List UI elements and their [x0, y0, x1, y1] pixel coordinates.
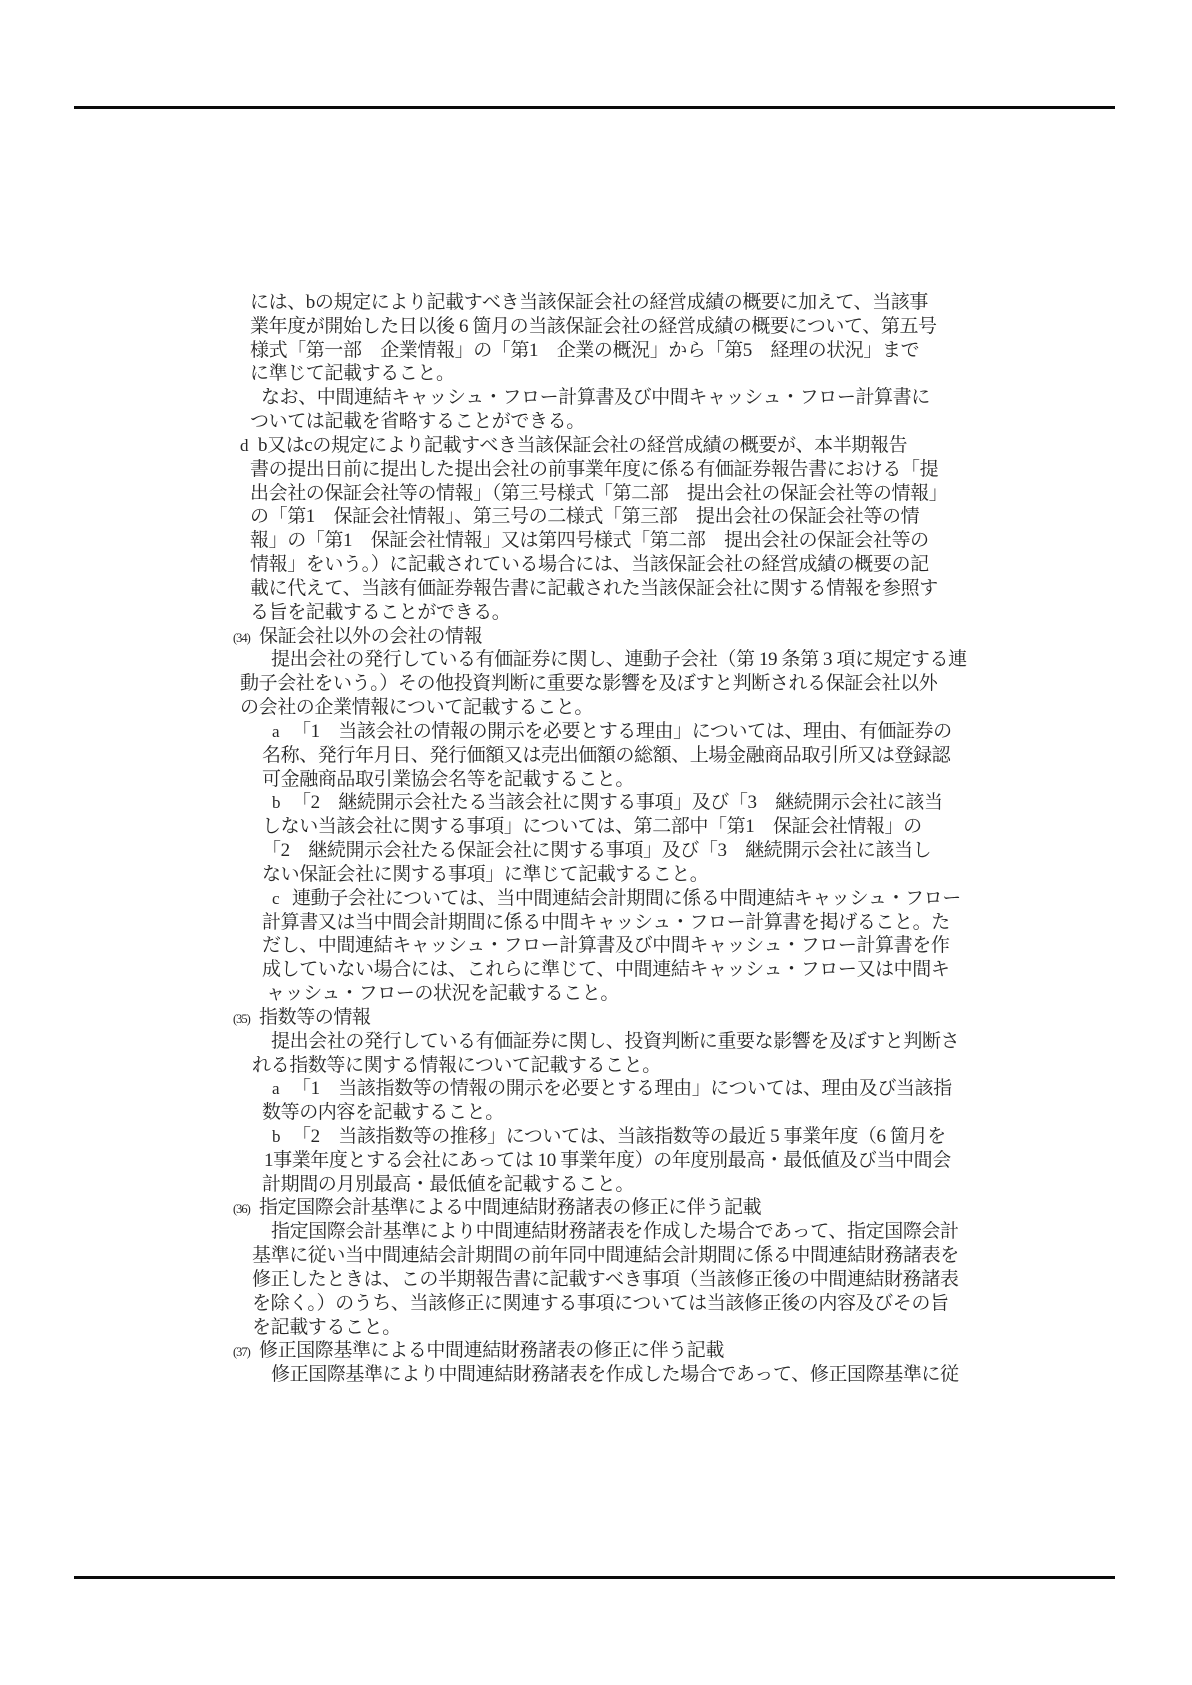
line-text: 「1 当該会社の情報の開示を必要とする理由」については、理由、有価証券の — [292, 721, 952, 742]
line-text: には、bの規定により記載すべき当該保証会社の経営成績の概要に加えて、当該事 — [250, 292, 928, 313]
line-text: 計期間の月別最高・最低値を記載すること。 — [262, 1174, 634, 1195]
line-text: 業年度が開始した日以後 6 箇月の当該保証会社の経営成績の概要について、第五号 — [250, 316, 937, 337]
text-line: 名称、発行年月日、発行価額又は売出価額の総額、上場金融商品取引所又は登録認 — [0, 744, 1192, 768]
text-line: ない保証会社に関する事項」に準じて記載すること。 — [0, 863, 1192, 887]
text-line: 指定国際会計基準により中間連結財務諸表を作成した場合であって、指定国際会計 — [0, 1220, 1192, 1244]
text-line: (36)指定国際会計基準による中間連結財務諸表の修正に伴う記載 — [0, 1196, 1192, 1220]
line-text: 「2 継続開示会社たる保証会社に関する事項」及び「3 継続開示会社に該当し — [262, 840, 931, 861]
text-line: れる指数等に関する情報について記載すること。 — [0, 1054, 1192, 1078]
text-line: には、bの規定により記載すべき当該保証会社の経営成績の概要に加えて、当該事 — [0, 291, 1192, 315]
line-text: 修正したときは、この半期報告書に記載すべき事項（当該修正後の中間連結財務諸表 — [252, 1269, 958, 1290]
text-line: 計期間の月別最高・最低値を記載すること。 — [0, 1173, 1192, 1197]
line-text: 修正国際基準による中間連結財務諸表の修正に伴う記載 — [259, 1340, 724, 1361]
line-text: 情報」をいう。）に記載されている場合には、当該保証会社の経営成績の概要の記 — [250, 554, 929, 575]
text-line: b「2 継続開示会社たる当該会社に関する事項」及び「3 継続開示会社に該当 — [0, 791, 1192, 815]
line-text: れる指数等に関する情報について記載すること。 — [252, 1055, 661, 1076]
item-letter-marker: a — [272, 720, 292, 744]
line-text: の「第1 保証会社情報」、第三号の二様式「第三部 提出会社の保証会社等の情 — [250, 506, 919, 527]
bottom-rule — [74, 1576, 1115, 1579]
line-text: b又はcの規定により記載すべき当該保証会社の経営成績の概要が、本半期報告 — [258, 435, 907, 456]
text-line: 修正国際基準により中間連結財務諸表を作成した場合であって、修正国際基準に従 — [0, 1363, 1192, 1387]
line-text: 1事業年度とする会社にあっては 10 事業年度）の年度別最高・最低値及び当中間会 — [264, 1150, 951, 1171]
line-text: 計算書又は当中間会計期間に係る中間キャッシュ・フロー計算書を掲げること。た — [262, 912, 950, 933]
line-text: 動子会社をいう。）その他投資判断に重要な影響を及ぼすと判断される保証会社以外 — [240, 673, 937, 694]
text-line: 成していない場合には、これらに準じて、中間連結キャッシュ・フロー又は中間キ — [0, 958, 1192, 982]
line-text: る旨を記載することができる。 — [250, 602, 510, 623]
text-line: ャッシュ・フローの状況を記載すること。 — [0, 982, 1192, 1006]
line-text: 基準に従い当中間連結会計期間の前年同中間連結会計期間に係る中間連結財務諸表を — [252, 1245, 959, 1266]
text-line: を除く。）のうち、当該修正に関連する事項については当該修正後の内容及びその旨 — [0, 1292, 1192, 1316]
line-text: 指定国際会計基準による中間連結財務諸表の修正に伴う記載 — [259, 1197, 761, 1218]
text-line: 出会社の保証会社等の情報」（第三号様式「第二部 提出会社の保証会社等の情報」 — [0, 482, 1192, 506]
top-rule — [74, 106, 1115, 109]
line-text: 書の提出日前に提出した提出会社の前事業年度に係る有価証券報告書における「提 — [250, 459, 938, 480]
line-text: 数等の内容を記載すること。 — [262, 1102, 504, 1123]
text-line: db又はcの規定により記載すべき当該保証会社の経営成績の概要が、本半期報告 — [0, 434, 1192, 458]
text-line: 可金融商品取引業協会名等を記載すること。 — [0, 768, 1192, 792]
line-text: 提出会社の発行している有価証券に関し、投資判断に重要な影響を及ぼすと判断さ — [271, 1031, 959, 1052]
line-text: を記載すること。 — [252, 1317, 401, 1338]
document-page: には、bの規定により記載すべき当該保証会社の経営成績の概要に加えて、当該事業年度… — [0, 0, 1192, 1685]
text-line: 修正したときは、この半期報告書に記載すべき事項（当該修正後の中間連結財務諸表 — [0, 1268, 1192, 1292]
text-line: c連動子会社については、当中間連結会計期間に係る中間連結キャッシュ・フロー — [0, 887, 1192, 911]
line-text: 出会社の保証会社等の情報」（第三号様式「第二部 提出会社の保証会社等の情報」 — [250, 483, 947, 504]
text-line: ついては記載を省略することができる。 — [0, 410, 1192, 434]
text-line: 報」の「第1 保証会社情報」又は第四号様式「第二部 提出会社の保証会社等の — [0, 529, 1192, 553]
text-line: 提出会社の発行している有価証券に関し、投資判断に重要な影響を及ぼすと判断さ — [0, 1030, 1192, 1054]
text-line: 「2 継続開示会社たる保証会社に関する事項」及び「3 継続開示会社に該当し — [0, 839, 1192, 863]
item-number-marker: (35) — [233, 1008, 259, 1032]
item-letter-marker: d — [240, 434, 258, 458]
line-text: 様式「第一部 企業情報」の「第1 企業の概況」から「第5 経理の状況」まで — [250, 340, 919, 361]
text-line: に準じて記載すること。 — [0, 362, 1192, 386]
text-line: の会社の企業情報について記載すること。 — [0, 696, 1192, 720]
line-text: 可金融商品取引業協会名等を記載すること。 — [262, 769, 634, 790]
line-text: しない当該会社に関する事項」については、第二部中「第1 保証会社情報」の — [262, 816, 922, 837]
line-text: 提出会社の発行している有価証券に関し、連動子会社（第 19 条第 3 項に規定す… — [271, 649, 967, 670]
line-text: 報」の「第1 保証会社情報」又は第四号様式「第二部 提出会社の保証会社等の — [250, 530, 929, 551]
text-line: 提出会社の発行している有価証券に関し、連動子会社（第 19 条第 3 項に規定す… — [0, 648, 1192, 672]
text-line: 1事業年度とする会社にあっては 10 事業年度）の年度別最高・最低値及び当中間会 — [0, 1149, 1192, 1173]
text-line: 計算書又は当中間会計期間に係る中間キャッシュ・フロー計算書を掲げること。た — [0, 911, 1192, 935]
text-line: 業年度が開始した日以後 6 箇月の当該保証会社の経営成績の概要について、第五号 — [0, 315, 1192, 339]
line-text: 成していない場合には、これらに準じて、中間連結キャッシュ・フロー又は中間キ — [262, 959, 949, 980]
text-line: の「第1 保証会社情報」、第三号の二様式「第三部 提出会社の保証会社等の情 — [0, 505, 1192, 529]
text-line: 動子会社をいう。）その他投資判断に重要な影響を及ぼすと判断される保証会社以外 — [0, 672, 1192, 696]
text-line: a「1 当該会社の情報の開示を必要とする理由」については、理由、有価証券の — [0, 720, 1192, 744]
line-text: 保証会社以外の会社の情報 — [259, 626, 482, 647]
line-text: 「1 当該指数等の情報の開示を必要とする理由」については、理由及び当該指 — [292, 1078, 952, 1099]
line-text: 載に代えて、当該有価証券報告書に記載された当該保証会社に関する情報を参照す — [250, 578, 938, 599]
line-text: に準じて記載すること。 — [250, 363, 455, 384]
line-text: 「2 継続開示会社たる当該会社に関する事項」及び「3 継続開示会社に該当 — [292, 792, 943, 813]
text-line: 基準に従い当中間連結会計期間の前年同中間連結会計期間に係る中間連結財務諸表を — [0, 1244, 1192, 1268]
line-text: だし、中間連結キャッシュ・フロー計算書及び中間キャッシュ・フロー計算書を作 — [262, 935, 949, 956]
line-text: 名称、発行年月日、発行価額又は売出価額の総額、上場金融商品取引所又は登録認 — [262, 745, 950, 766]
item-number-marker: (34) — [233, 627, 259, 651]
item-letter-marker: b — [272, 1125, 292, 1149]
text-line: 載に代えて、当該有価証券報告書に記載された当該保証会社に関する情報を参照す — [0, 577, 1192, 601]
line-text: 指定国際会計基準により中間連結財務諸表を作成した場合であって、指定国際会計 — [271, 1221, 959, 1242]
text-line: 数等の内容を記載すること。 — [0, 1101, 1192, 1125]
text-line: (35)指数等の情報 — [0, 1006, 1192, 1030]
text-line: なお、中間連結キャッシュ・フロー計算書及び中間キャッシュ・フロー計算書に — [0, 386, 1192, 410]
text-line: 書の提出日前に提出した提出会社の前事業年度に係る有価証券報告書における「提 — [0, 458, 1192, 482]
line-text: 「2 当該指数等の推移」については、当該指数等の最近 5 事業年度（6 箇月を — [292, 1126, 946, 1147]
line-text: 修正国際基準により中間連結財務諸表を作成した場合であって、修正国際基準に従 — [271, 1364, 959, 1385]
text-line: しない当該会社に関する事項」については、第二部中「第1 保証会社情報」の — [0, 815, 1192, 839]
line-text: を除く。）のうち、当該修正に関連する事項については当該修正後の内容及びその旨 — [252, 1293, 949, 1314]
text-line: を記載すること。 — [0, 1316, 1192, 1340]
line-text: ついては記載を省略することができる。 — [250, 411, 585, 432]
text-line: b「2 当該指数等の推移」については、当該指数等の最近 5 事業年度（6 箇月を — [0, 1125, 1192, 1149]
text-line: (37)修正国際基準による中間連結財務諸表の修正に伴う記載 — [0, 1339, 1192, 1363]
item-letter-marker: a — [272, 1077, 292, 1101]
line-text: 連動子会社については、当中間連結会計期間に係る中間連結キャッシュ・フロー — [292, 888, 961, 909]
item-number-marker: (36) — [233, 1198, 259, 1222]
line-text: 指数等の情報 — [259, 1007, 371, 1028]
text-line: 様式「第一部 企業情報」の「第1 企業の概況」から「第5 経理の状況」まで — [0, 339, 1192, 363]
text-line: る旨を記載することができる。 — [0, 601, 1192, 625]
item-letter-marker: b — [272, 791, 292, 815]
line-text: なお、中間連結キャッシュ・フロー計算書及び中間キャッシュ・フロー計算書に — [261, 387, 930, 408]
line-text: の会社の企業情報について記載すること。 — [240, 697, 593, 718]
text-line: 情報」をいう。）に記載されている場合には、当該保証会社の経営成績の概要の記 — [0, 553, 1192, 577]
line-text: ャッシュ・フローの状況を記載すること。 — [266, 983, 619, 1004]
text-line: a「1 当該指数等の情報の開示を必要とする理由」については、理由及び当該指 — [0, 1077, 1192, 1101]
text-line: (34)保証会社以外の会社の情報 — [0, 625, 1192, 649]
line-text: ない保証会社に関する事項」に準じて記載すること。 — [262, 864, 708, 885]
document-text-block: には、bの規定により記載すべき当該保証会社の経営成績の概要に加えて、当該事業年度… — [0, 291, 1192, 1387]
item-letter-marker: c — [272, 887, 292, 911]
item-number-marker: (37) — [233, 1341, 259, 1365]
text-line: だし、中間連結キャッシュ・フロー計算書及び中間キャッシュ・フロー計算書を作 — [0, 934, 1192, 958]
